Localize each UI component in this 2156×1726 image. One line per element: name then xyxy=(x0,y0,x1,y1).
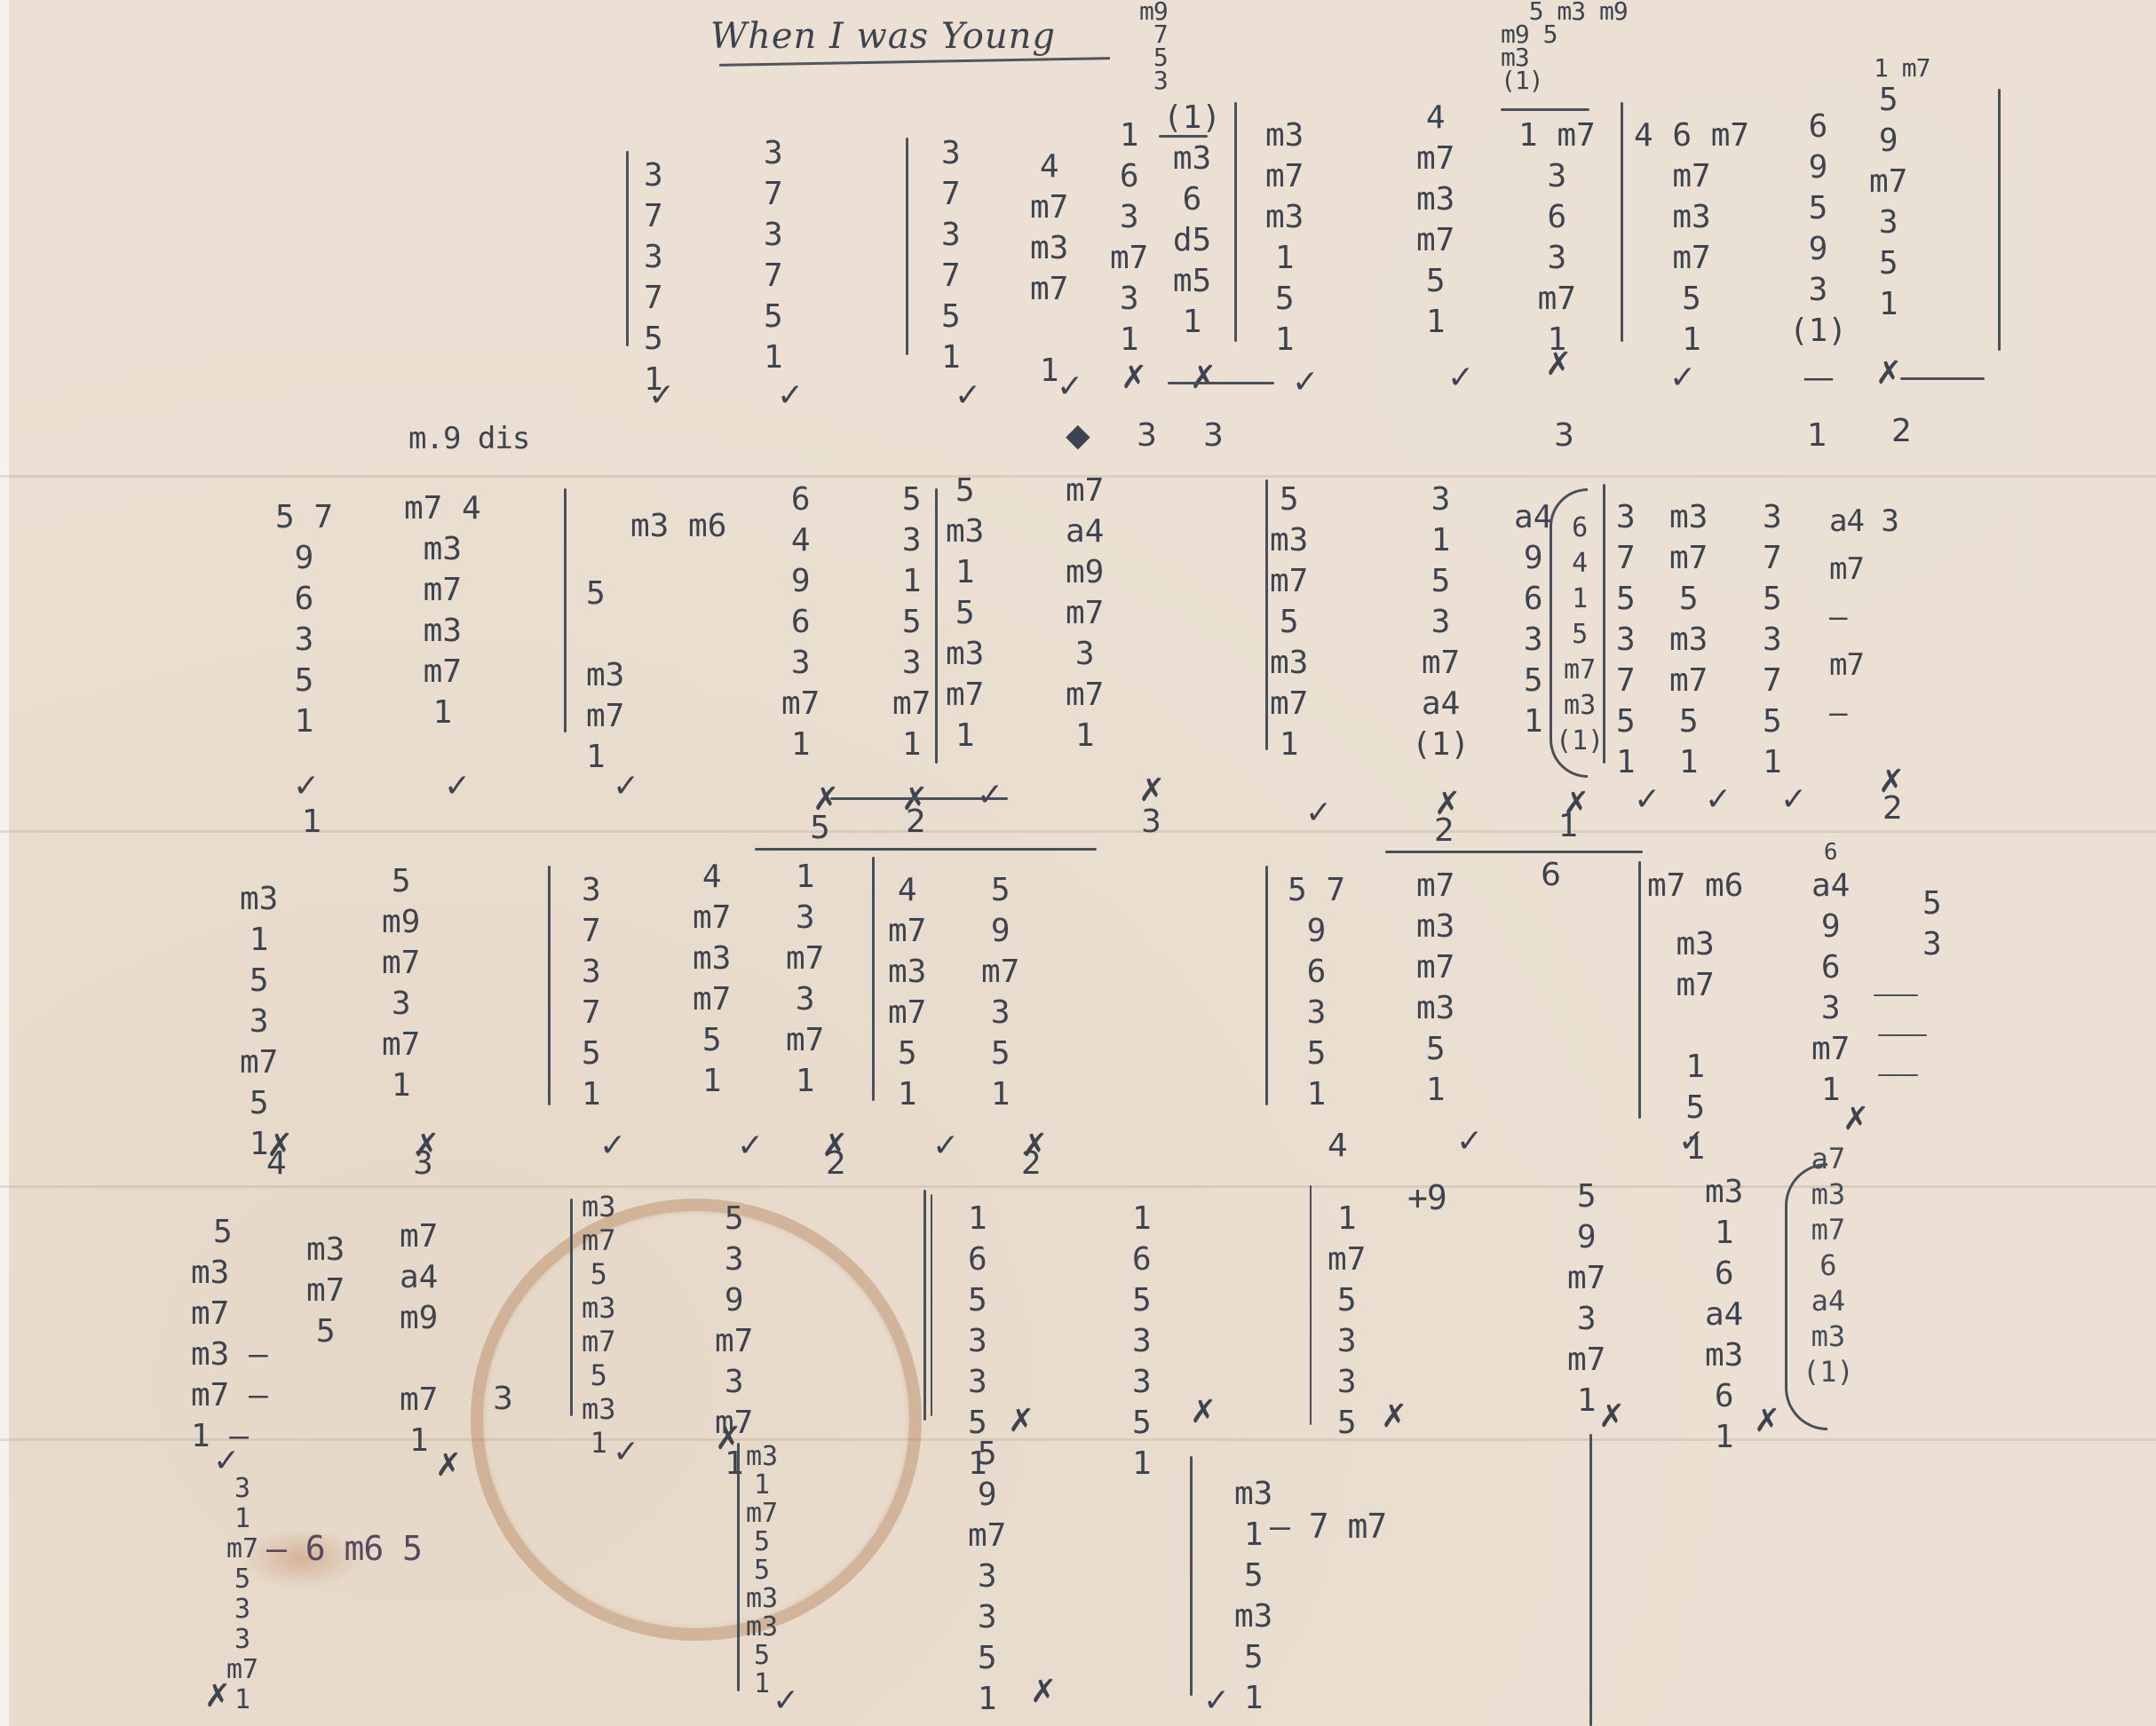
number-mark: 4 xyxy=(1328,1128,1348,1164)
barline xyxy=(1310,1185,1312,1425)
note-column: m3153m751 xyxy=(240,879,278,1165)
check-mark: ✓ xyxy=(613,768,639,804)
note-column: m31m755m3m351 xyxy=(746,1443,778,1698)
barline xyxy=(570,1199,573,1416)
footer-number: 1 xyxy=(1807,417,1827,454)
check-mark: ✓ xyxy=(1057,368,1083,405)
barline xyxy=(931,1194,932,1416)
footer-number: 1 xyxy=(302,804,322,840)
check-mark: ✓ xyxy=(955,377,981,414)
note-column: a496351 xyxy=(1514,497,1552,742)
footer-number: 2 xyxy=(826,1145,846,1182)
footer-number: 2 xyxy=(1883,790,1903,827)
x-mark: ✗ xyxy=(435,1447,462,1484)
x-mark: ✗ xyxy=(1545,346,1572,383)
stacked-chord-label: 5 m3 m9 m9 5 m3 (1) xyxy=(1501,0,1628,92)
x-mark: ✗ xyxy=(204,1678,231,1714)
dash-line xyxy=(1874,994,1918,996)
underline xyxy=(1385,851,1643,853)
note-column: 6a4963m71 xyxy=(1811,839,1850,1111)
barline xyxy=(626,151,629,346)
x-mark: ✗ xyxy=(1598,1398,1625,1435)
barline xyxy=(1621,102,1623,342)
m9-dis-annotation: m.9 dis xyxy=(408,417,529,460)
barline xyxy=(923,1190,926,1421)
fold-line xyxy=(0,830,2156,833)
side-note-annotation: — 7 m7 xyxy=(1270,1505,1386,1548)
barline xyxy=(1589,1434,1592,1726)
note-column: m7m3m7m351 xyxy=(1416,866,1455,1111)
x-mark: ✗ xyxy=(1381,1398,1407,1435)
x-mark: ✗ xyxy=(1843,1101,1869,1137)
barline xyxy=(1265,479,1268,750)
note-column: m3m75m3m751 xyxy=(1669,497,1708,783)
check-mark: ✓ xyxy=(1203,1682,1230,1719)
barline xyxy=(564,488,567,732)
check-mark: ✓ xyxy=(1292,364,1319,400)
x-mark: ✗ xyxy=(1190,1394,1217,1430)
note-column: 1653351 xyxy=(1132,1199,1152,1485)
footer-number: 3 xyxy=(1203,417,1224,454)
annotation-number: 3 xyxy=(493,1381,513,1417)
note-column: 5m3m7m3 —m7 —1 — xyxy=(191,1212,268,1457)
dash-line xyxy=(1878,1034,1927,1036)
note-column: 59m73m71 xyxy=(1567,1176,1605,1421)
note-column: 5 796351 xyxy=(1288,870,1345,1115)
barline xyxy=(906,138,908,355)
barline xyxy=(1234,102,1237,342)
note-column: 163m731 xyxy=(1110,115,1148,360)
footer-number: 3 xyxy=(1141,804,1161,840)
note-column: 64963m71 xyxy=(781,479,820,765)
note-column: 373751 xyxy=(644,155,663,400)
note-column: m3m75m3m75m31 xyxy=(582,1190,616,1460)
stacked-chord-label: m9 7 5 3 xyxy=(1139,0,1168,92)
note-column: m3m75 xyxy=(306,1230,345,1352)
x-mark: ✗ xyxy=(1030,1674,1057,1710)
barline xyxy=(1998,89,2001,351)
tie-line xyxy=(1900,377,1985,380)
barline xyxy=(872,857,875,1101)
note-column: 3753751 xyxy=(1616,497,1636,783)
footer-number: 2 xyxy=(1021,1145,1042,1182)
underline xyxy=(755,848,1097,851)
note-column: 5m3m75m3m71 xyxy=(1270,479,1308,765)
check-mark: ✓ xyxy=(648,377,675,414)
note-column: 4m7m3m751 xyxy=(693,857,731,1102)
plus9-annotation: +9 xyxy=(1407,1176,1447,1219)
note-column: 373751 xyxy=(582,870,601,1115)
note-column: 53153m71 xyxy=(892,479,931,765)
note-column: 4 6 m7m7m3m751 xyxy=(1634,115,1749,360)
note-column: 5 796351 xyxy=(275,497,333,742)
note-column: 6415m7m3(1) xyxy=(1556,511,1604,759)
check-mark: ✓ xyxy=(932,1128,959,1164)
note-column: 4m7m3m751 xyxy=(888,870,926,1115)
check-mark: ✓ xyxy=(1705,781,1732,818)
x-mark: ✗ xyxy=(1190,360,1217,396)
note-column: 3753751 xyxy=(1763,497,1782,783)
fold-line xyxy=(0,1438,2156,1441)
note-column: 69593(1) xyxy=(1789,107,1847,352)
annotation-number: 6 xyxy=(1541,857,1561,893)
barline xyxy=(1638,861,1641,1119)
note-column: 4m7m3m751 xyxy=(1416,98,1455,343)
check-mark: ✓ xyxy=(444,768,471,804)
note-column: m3m7m3151 xyxy=(1265,115,1304,360)
check-mark: ✓ xyxy=(777,377,804,414)
dash-mark: — xyxy=(1803,360,1835,396)
note-column: 13m73m71 xyxy=(786,857,824,1102)
note-column: m315m351 xyxy=(1234,1474,1272,1719)
note-column: 1 m7363m71 xyxy=(1518,115,1596,360)
barline xyxy=(1190,1456,1193,1696)
check-mark: ✓ xyxy=(1780,781,1807,818)
side-note-annotation: — 6 m6 5 xyxy=(266,1527,422,1570)
note-column: 373751 xyxy=(764,133,783,378)
dash-line xyxy=(1878,1074,1918,1076)
scanned-document: When I was Young 373751 ✓ 373751 ✓ 37375… xyxy=(0,0,2156,1726)
check-mark: ✓ xyxy=(737,1128,764,1164)
check-mark: ✓ xyxy=(977,777,1003,813)
note-column: m316a4m361 xyxy=(1705,1172,1743,1458)
note-column-scribbled: a7m3m76a4m3(1) xyxy=(1803,1141,1854,1390)
document-title: When I was Young xyxy=(710,16,1056,57)
note-column: 5m315m3m71 xyxy=(946,471,984,756)
note-column: a4 3 m7 — m7 — xyxy=(1829,497,1898,737)
check-mark: ✓ xyxy=(293,768,320,804)
check-mark: ✓ xyxy=(1634,781,1661,818)
check-mark: ✓ xyxy=(1456,1123,1483,1160)
x-mark: ✗ xyxy=(1754,1403,1780,1439)
note-column: 59m7351 xyxy=(981,870,1019,1115)
footer-number: 3 xyxy=(1554,417,1574,454)
check-mark: ✓ xyxy=(1305,795,1332,831)
x-mark: ✗ xyxy=(1008,1403,1034,1439)
check-mark: ✓ xyxy=(1678,1123,1705,1160)
check-mark: ✓ xyxy=(773,1682,799,1719)
barline xyxy=(1603,484,1605,764)
note-column: 5m9m73m71 xyxy=(382,861,420,1106)
note-column: 1m75335 xyxy=(1328,1199,1366,1444)
barline xyxy=(548,866,551,1105)
note-column: m7a4m9m73m71 xyxy=(1066,471,1104,756)
footer-number: 3 xyxy=(413,1145,433,1182)
check-mark: ✓ xyxy=(599,1128,626,1164)
barline xyxy=(737,1443,740,1691)
footer-number: 4 xyxy=(266,1145,287,1182)
note-column: 59m7351 xyxy=(1869,80,1907,325)
paper-edge xyxy=(0,0,9,1726)
top-right-annotation: 1 m7 xyxy=(1874,53,1930,83)
arrow-icon: ◆ xyxy=(1066,417,1090,454)
note-column: 31m7533m71 xyxy=(226,1474,258,1715)
barline xyxy=(1265,866,1268,1105)
x-mark: ✗ xyxy=(1121,360,1147,396)
footer-number: 5 xyxy=(810,810,830,846)
note-column: m7 4m3m7m3m71 xyxy=(404,488,481,733)
footer-number: 2 xyxy=(906,804,926,840)
note-column: m3 m65m3m71 xyxy=(586,506,726,778)
check-mark: ✓ xyxy=(1447,360,1474,396)
title-underline xyxy=(719,57,1110,67)
x-mark: ✗ xyxy=(1875,355,1902,392)
note-column: m7a4m9m71 xyxy=(400,1216,438,1461)
footer-number: 2 xyxy=(1891,413,1912,449)
fraction-line xyxy=(1501,108,1589,111)
footer-number: 2 xyxy=(1434,812,1455,849)
note-column: 4m7m3m71 xyxy=(1030,146,1068,392)
check-mark: ✓ xyxy=(1669,360,1696,396)
check-mark: ✓ xyxy=(613,1434,639,1470)
coffee-ring-stain xyxy=(471,1199,922,1641)
footer-number: 3 xyxy=(1137,417,1157,454)
tie-line xyxy=(1168,382,1274,384)
note-column: 53 xyxy=(1922,883,1942,965)
note-column: 3153m7a4(1) xyxy=(1412,479,1470,765)
note-column: 373751 xyxy=(941,133,961,378)
fraction-line xyxy=(1159,135,1208,138)
footer-number: 1 xyxy=(1558,808,1579,844)
barline xyxy=(935,488,938,764)
note-column: 59m73351 xyxy=(968,1434,1006,1720)
